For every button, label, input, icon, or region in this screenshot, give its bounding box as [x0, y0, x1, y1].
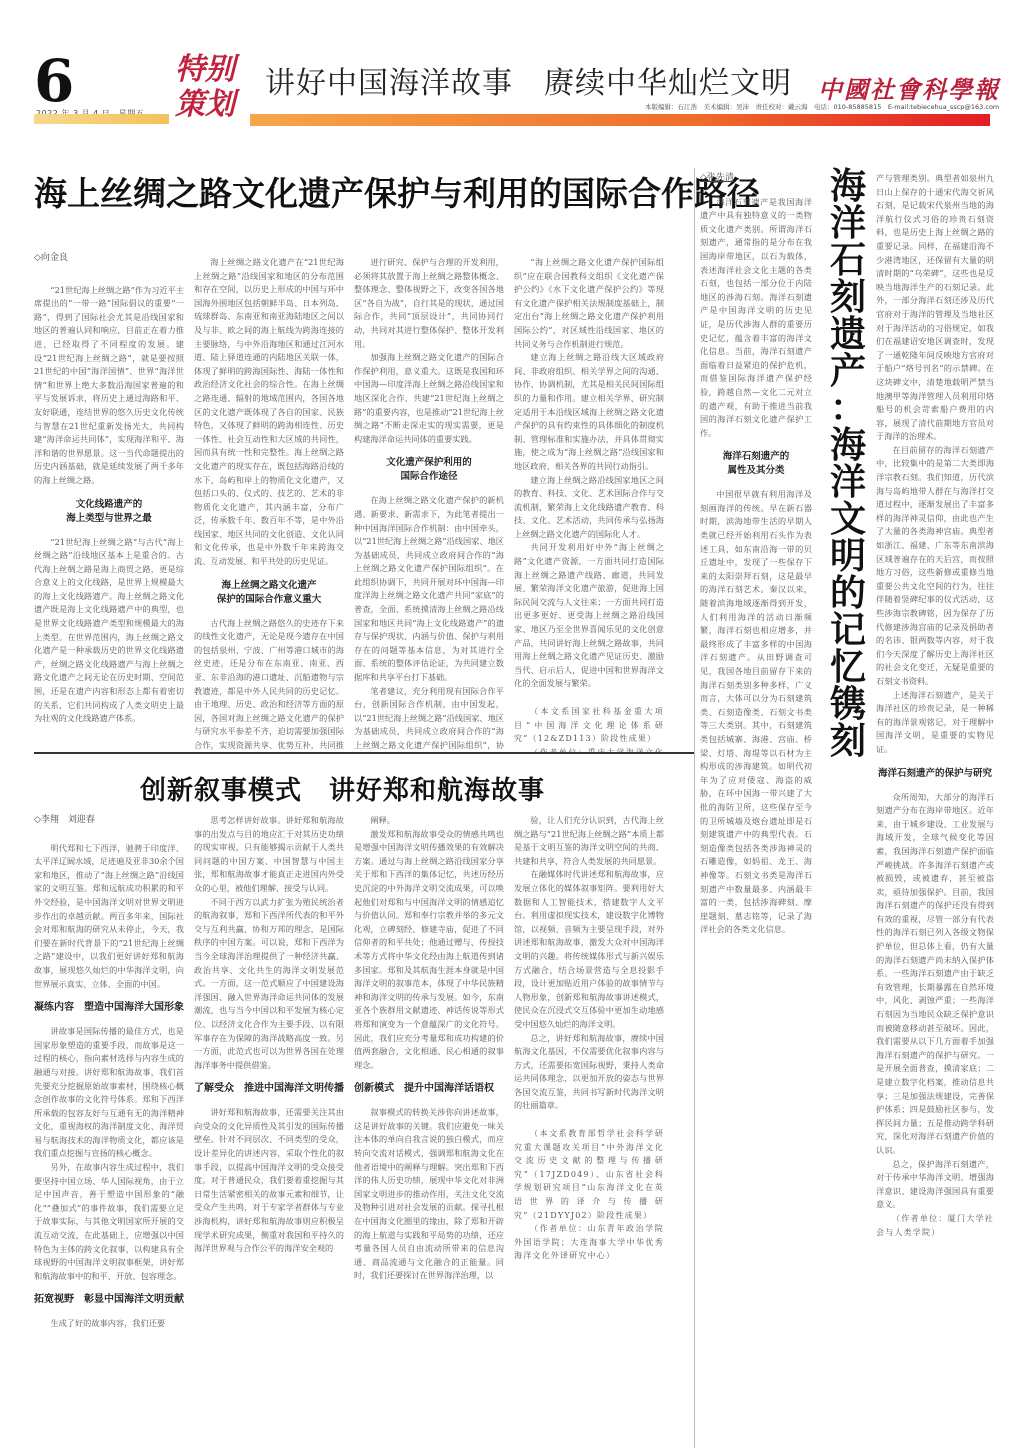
paragraph: 不同于西方以武力扩张为殖民统治者的航海叙事，郑和下西洋所代表的和平外交与互利共赢… — [194, 896, 344, 1073]
subheading-line: 国际合作途径 — [354, 470, 504, 484]
title-char: ： — [826, 390, 870, 427]
title-char: 忆 — [826, 649, 870, 686]
paragraph: “21世纪海上丝绸之路”作为习近平主席提出的“一带一路”国际倡议的重要“一路”，… — [34, 284, 184, 488]
title-char: 遗 — [826, 316, 870, 353]
article2-column-4: 验，让人们充分认识到，古代海上丝绸之路与“21世纪海上丝绸之路”本质上都是基于文… — [514, 814, 664, 1454]
article1-column-4: “海上丝绸之路文化遗产保护国际组织”应在联合国教科文组织《文化遗产保护公约》《水… — [514, 256, 664, 752]
paragraph: 讲好郑和航海故事，还需要关注其由向受众的文化异质性及其引发的国际传播壁垒。针对不… — [194, 1106, 344, 1256]
paragraph: 中国很早就有利用海洋及刻画海洋的传统。早在新石器时期，滨海地带生活的早期人类就已… — [700, 488, 812, 937]
title-char: 文 — [826, 501, 870, 538]
funding-note: （本文系教育部哲学社会科学研究重大课题攻关项目“中外海洋文化交流历史文献的整理与… — [514, 1127, 664, 1222]
section-label-line2: 策划 — [175, 87, 245, 122]
article1-subheading-3: 文化遗产保护利用的 国际合作途径 — [354, 456, 504, 484]
subheading-line: 海洋石刻遗产的 — [700, 450, 812, 464]
paragraph: 在融媒体时代讲述郑和航海故事，应发展立体化的媒体叙事矩阵。要利用好大数据和人工智… — [514, 868, 664, 1031]
article3-column-1: ◇张先清 海洋石刻遗产是我国海洋遗产中具有独特意义的一类物质文化遗产类别。所谓海… — [700, 172, 812, 1452]
paragraph: 海洋石刻遗产是我国海洋遗产中具有独特意义的一类物质文化遗产类别。所谓海洋石刻遗产… — [700, 196, 812, 441]
article3-subheading-1: 海洋石刻遗产的 属性及其分类 — [700, 450, 812, 478]
article2-subheading-2: 拓宽视野 彰显中国海洋文明贡献 — [34, 1293, 184, 1307]
paragraph: 阐释。 — [354, 814, 504, 828]
subheading-line: 文化线路遗产的 — [34, 498, 184, 512]
paragraph: 叙事模式的转换关涉你向讲述故事，这是讲好故事的关键。我们应避免一味关注本体的单向… — [354, 1106, 504, 1283]
title-char: 洋 — [826, 464, 870, 501]
page-number: 6 — [34, 52, 74, 110]
article-divider — [34, 752, 694, 754]
paragraph: 建立海上丝绸之路沿线国家地区之间的教育、科技、文化、艺术国际合作与交流机制，繁荣… — [514, 474, 664, 542]
title-char: 海 — [826, 427, 870, 464]
article2-subheading-4: 创新模式 提升中国海洋话语权 — [354, 1082, 504, 1096]
subheading-line: 属性及其分类 — [700, 464, 812, 478]
article2-column-3: 阐释。 激发郑和航海故事受众的情感共鸣也是增强中国海洋文明传播效果的有效解决方案… — [354, 814, 504, 1454]
article2-column-1: ◇李翔 刘迎春 明代郑和七下西洋，驰骋于印度洋、太平洋辽阔水域，足迹遍及亚非30… — [34, 814, 184, 1454]
paragraph: 众所周知，大部分的海洋石刻遗产分布在海岸带地区。近年来，由于城乡建设、工业发展与… — [876, 791, 994, 1158]
article1-column-3: 进行研究、保护与合理的开发利用，必须将其放置于海上丝绸之路整体概念、整体理念、整… — [354, 256, 504, 752]
article1-title: 海上丝绸之路文化遗产保护与利用的国际合作路径 — [34, 168, 694, 215]
funding-note: （本文系国家社科基金重大项目“中国海洋文化理论体系研究”（12&ZD113）阶段… — [514, 705, 664, 746]
section-label-line1: 特别 — [175, 52, 245, 87]
paragraph: 笔者建议，充分利用现有国际合作平台，创新国际合作机制，由中国发起，以“21世纪海… — [354, 685, 504, 752]
subheading-line: 文化遗产保护利用的 — [354, 456, 504, 470]
author-affiliation: （作者单位：山东青年政治学院外国语学院；大连海事大学中华优秀海洋文化外译研究中心… — [514, 1222, 664, 1263]
article1-subheading-2: 海上丝绸之路文化遗产 保护的国际合作意义重大 — [194, 579, 344, 607]
paragraph: 产与管理类别。典型者如泉州九日山上保存的十通宋代海交祈风石刻，是记载宋代泉州当地… — [876, 172, 994, 444]
article3-byline: ◇张先清 — [700, 172, 812, 186]
page-headline: 讲好中国海洋故事 赓续中华灿烂文明 — [265, 58, 792, 102]
title-char: 的 — [826, 575, 870, 612]
paragraph: 思考怎样讲好故事。讲好郑和航海故事的出发点与目的地应汇于对其历史功绩的现实审视，… — [194, 814, 344, 896]
paragraph: 加强海上丝绸之路文化遗产的国际合作保护利用，意义重大。这既是我国和环中国海—印度… — [354, 351, 504, 446]
title-char: 明 — [826, 538, 870, 575]
paragraph: 上述海洋石刻遗产，是关于海洋社区的珍贵记录，是一种稀有的海洋景观铭记，对于理解中… — [876, 689, 994, 757]
section-label: 特别 策划 — [175, 52, 245, 122]
subheading-line: 海上丝绸之路文化遗产 — [194, 579, 344, 593]
article1-subheading-1: 文化线路遗产的 海上类型与世界之最 — [34, 498, 184, 526]
paragraph: 生成了好的故事内容，我们还要 — [34, 1317, 184, 1331]
editorial-credits: 本版编辑：石江浩 美术编辑：吴沛 责任校对：戴云海 电话：010-8588581… — [645, 102, 999, 111]
paragraph: 总之，讲好郑和航海故事，赓续中国航海文化基因，不仅需要优化叙事内容与方式，还需要… — [514, 1032, 664, 1114]
article2-byline: ◇李翔 刘迎春 — [34, 814, 184, 828]
paragraph: 激发郑和航海故事受众的情感共鸣也是增强中国海洋文明传播效果的有效解决方案。通过与… — [354, 828, 504, 1073]
article2-column-2: 思考怎样讲好故事。讲好郑和航海故事的出发点与目的地应汇于对其历史功绩的现实审视，… — [194, 814, 344, 1454]
paragraph: 进行研究、保护与合理的开发利用，必须将其放置于海上丝绸之路整体概念、整体理念、整… — [354, 256, 504, 351]
title-char: 刻 — [826, 279, 870, 316]
paragraph: 共同开发利用好中外“海上丝绸之路”文化遗产资源，一方面共同打造国际海上丝绸之路遗… — [514, 541, 664, 691]
article2-subheading-1: 凝练内容 塑造中国海洋大国形象 — [34, 1001, 184, 1015]
title-char: 石 — [826, 242, 870, 279]
subheading-line: 海上类型与世界之最 — [34, 512, 184, 526]
title-char: 镌 — [826, 686, 870, 723]
article3-vertical-title: 海 洋 石 刻 遗 产 ： 海 洋 文 明 的 记 忆 镌 刻 — [826, 168, 870, 760]
article3-subheading-2: 海洋石刻遗产的保护与研究 — [876, 767, 994, 781]
paragraph: 明代郑和七下西洋，驰骋于印度洋、太平洋辽阔水域，足迹遍及亚非30余个国家和地区，… — [34, 842, 184, 992]
title-char: 记 — [826, 612, 870, 649]
article1-column-2: 海上丝绸之路文化遗产在“21世纪海上丝绸之路”沿线国家和地区的分布范围和存在空间… — [194, 256, 344, 752]
title-char: 刻 — [826, 723, 870, 760]
article2-subheading-3: 了解受众 推进中国海洋文明传播 — [194, 1082, 344, 1096]
paragraph: 总之，保护海洋石刻遗产，对于传承中华海洋文明、增强海洋意识、建设海洋强国具有重要… — [876, 1158, 994, 1212]
paragraph: 讲故事是国际传播的最佳方式，也是国家形象塑造的重要手段，而故事是这一过程的核心，… — [34, 1025, 184, 1161]
paragraph: “21世纪海上丝绸之路”与古代“海上丝绸之路”沿线地区基本上是重合的。古代海上丝… — [34, 536, 184, 726]
article2-title: 创新叙事模式 讲好郑和航海故事 — [140, 770, 545, 807]
paragraph: 在海上丝绸之路文化遗产保护的新机遇、新要求、新需求下，为此笔者提出一种中国海洋国… — [354, 494, 504, 684]
paragraph: 在目前留存的海洋石刻遗产中，比较集中的是第二大类即海洋宗教石刻。我们知道，历代滨… — [876, 444, 994, 689]
paragraph: 验，让人们充分认识到，古代海上丝绸之路与“21世纪海上丝绸之路”本质上都是基于文… — [514, 814, 664, 868]
paragraph: 另外，在故事内容生成过程中，我们要坚持中国立场、华人国际视角，由于立足中国声音，… — [34, 1161, 184, 1283]
paragraph: 建立海上丝绸之路沿线大区域政府间、非政府组织、相关学界之间的沟通、协作、协调机制… — [514, 351, 664, 473]
title-char: 洋 — [826, 205, 870, 242]
paragraph: “海上丝绸之路文化遗产保护国际组织”应在联合国教科文组织《文化遗产保护公约》《水… — [514, 256, 664, 351]
title-char: 海 — [826, 168, 870, 205]
column-divider — [694, 168, 695, 1448]
author-affiliation: （作者单位：厦门大学社会与人类学院） — [876, 1212, 994, 1239]
title-char: 产 — [826, 353, 870, 390]
masthead-bar-right — [250, 114, 990, 126]
paragraph: 海上丝绸之路文化遗产在“21世纪海上丝绸之路”沿线国家和地区的分布范围和存在空间… — [194, 256, 344, 569]
masthead-bar-left — [34, 114, 169, 124]
subheading-line: 保护的国际合作意义重大 — [194, 593, 344, 607]
article3-column-2: 产与管理类别。典型者如泉州九日山上保存的十通宋代海交祈风石刻，是记载宋代泉州当地… — [876, 172, 994, 1452]
article1-byline: ◇向金良 — [34, 252, 184, 266]
article1-column-1: ◇向金良 “21世纪海上丝绸之路”作为习近平主席提出的“一带一路”国际倡议的重要… — [34, 252, 184, 752]
paragraph: 古代海上丝绸之路悠久的史迹存下来的线性文化遗产，无论是现今遗存在中国的包括泉州、… — [194, 617, 344, 752]
newspaper-logo: 中國社會科學報 — [818, 70, 1000, 105]
